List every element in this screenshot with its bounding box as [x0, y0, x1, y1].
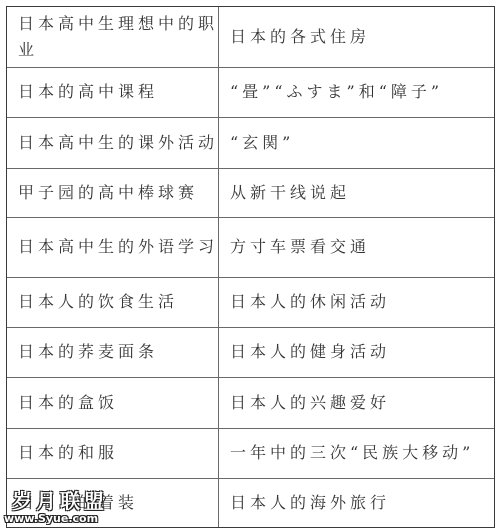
table-row: 日本高中生的外语学习 方寸车票看交通 [7, 217, 494, 277]
left-cell: 日本高中生的外语学习 [7, 217, 219, 277]
table-row: 日本高中生的课外活动 “玄関” [7, 117, 494, 168]
left-cell: 日本高中生的课外活动 [7, 117, 219, 168]
right-cell: 一年中的三次“民族大移动” [219, 428, 495, 478]
left-cell: 日本的荞麦面条 [7, 327, 219, 377]
right-cell: 日本人的兴趣爱好 [219, 377, 495, 428]
right-cell: 日本人的海外旅行 [219, 478, 495, 527]
left-cell: 甲子园的高中棒球赛 [7, 168, 219, 217]
left-cell: 日本的和服 [7, 428, 219, 478]
table-row: 日本高中生理想中的职业 日本的各式住房 [7, 7, 494, 67]
table-row: 日本的荞麦面条 日本人的健身活动 [7, 327, 494, 377]
right-cell: 方寸车票看交通 [219, 217, 495, 277]
topics-table: 日本高中生理想中的职业 日本的各式住房 日本的高中课程 “畳”“ふすま”和“障子… [6, 6, 495, 528]
table-row: 日本的高中课程 “畳”“ふすま”和“障子” [7, 67, 494, 117]
left-cell: 日本的盒饭 [7, 377, 219, 428]
right-cell: 日本人的休闲活动 [219, 277, 495, 327]
right-cell: “畳”“ふすま”和“障子” [219, 67, 495, 117]
left-cell: 日本人的着装 [7, 478, 219, 527]
table-row: 日本人的着装 日本人的海外旅行 [7, 478, 494, 527]
left-cell: 日本人的饮食生活 [7, 277, 219, 327]
right-cell: “玄関” [219, 117, 495, 168]
topics-grid: 日本高中生理想中的职业 日本的各式住房 日本的高中课程 “畳”“ふすま”和“障子… [7, 7, 494, 527]
table-row: 日本的和服 一年中的三次“民族大移动” [7, 428, 494, 478]
right-cell: 从新干线说起 [219, 168, 495, 217]
table-row: 日本人的饮食生活 日本人的休闲活动 [7, 277, 494, 327]
table-row: 日本的盒饭 日本人的兴趣爱好 [7, 377, 494, 428]
left-cell: 日本的高中课程 [7, 67, 219, 117]
left-cell: 日本高中生理想中的职业 [7, 7, 219, 67]
table-row: 甲子园的高中棒球赛 从新干线说起 [7, 168, 494, 217]
right-cell: 日本人的健身活动 [219, 327, 495, 377]
right-cell: 日本的各式住房 [219, 7, 495, 67]
